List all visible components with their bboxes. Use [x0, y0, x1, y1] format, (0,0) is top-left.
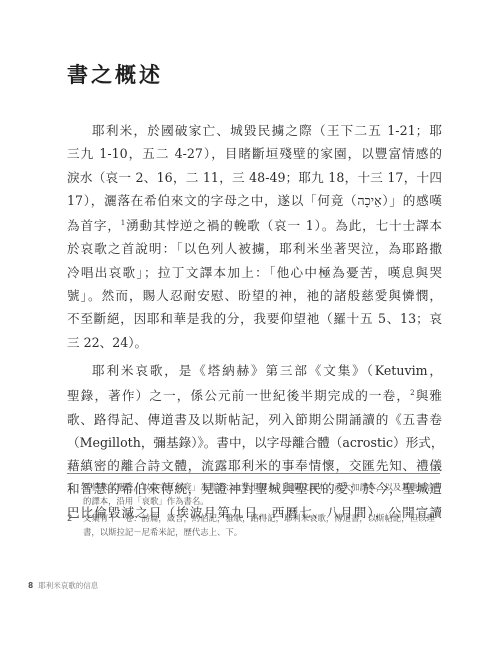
- text-line: 聖錄，著作）之一，係公元前一世紀後半期完成的一卷，2與雅: [67, 382, 442, 407]
- text-line: 耶利米哀歌，是《塔納赫》第三部《文集》（Ketuvim，: [67, 359, 442, 382]
- footnote-number: 2: [67, 511, 83, 539]
- text-line: 於哀歌之首說明：「以色列人被擄，耶利米坐著哭泣，為耶路撒: [67, 237, 442, 260]
- text-line: 17），灑落在希伯來文的字母之中，遂以「何竟（אֵיכָה）」的感嘆: [67, 189, 442, 212]
- footnotes: 1 希伯來文聖經，以首字「何竟」為書名；七十士譯本、亞蘭文譯本、武大加譯本，以及…: [67, 480, 442, 542]
- footnote-number: 1: [67, 480, 83, 508]
- footnote-1: 1 希伯來文聖經，以首字「何竟」為書名；七十士譯本、亞蘭文譯本、武大加譯本，以及…: [67, 480, 442, 508]
- page-number: 8: [28, 581, 33, 590]
- text-line: 耶利米，於國破家亡、城毀民擄之際（王下二五 1-21；耶: [67, 119, 442, 142]
- body-text: 耶利米，於國破家亡、城毀民擄之際（王下二五 1-21；耶 三九 1-10，五二 …: [67, 119, 442, 524]
- section-title: 書之概述: [67, 59, 163, 89]
- text-line: 淚水（哀一 2、16，二 11，三 48-49；耶九 18，十三 17，十四: [67, 166, 442, 189]
- text-line: 冷唱出哀歌」；拉丁文譯本加上：「他心中極為憂苦，嘆息與哭: [67, 261, 442, 284]
- text-line: 三九 1-10，五二 4-27），目睹斷垣殘壁的家園，以豐富情感的: [67, 142, 442, 165]
- paragraph-1: 耶利米，於國破家亡、城毀民擄之際（王下二五 1-21；耶 三九 1-10，五二 …: [67, 119, 442, 354]
- footnote-2: 2 文集有十一卷：詩篇，箴言，約伯記，雅歌，路得記，耶利米哀歌，傳道書，以斯帖記…: [67, 511, 442, 539]
- footnote-marker: 2: [410, 389, 414, 397]
- footnote-text: 希伯來文聖經，以首字「何竟」為書名；七十士譯本、亞蘭文譯本、武大加譯本，以及其他…: [83, 480, 442, 508]
- footnote-marker: 1: [121, 219, 125, 227]
- footnote-divider: [67, 473, 440, 474]
- text-line: 歌、路得記、傳道書及以斯帖記，列入節期公開誦讀的《五書卷: [67, 408, 442, 431]
- text-line: 不至斷絕，因耶和華是我的分，我要仰望祂（羅十五 5、13；哀: [67, 307, 442, 330]
- text-line: 為首字，1湧動其悖逆之禍的輓歌（哀一 1）。為此，七十士譯本: [67, 212, 442, 237]
- text-line: （Megilloth，彌基錄）》。書中，以字母離合體（acrostic）形式，: [67, 431, 442, 454]
- text-line: 三 22、24）。: [67, 331, 442, 354]
- running-title: 耶利米哀歌的信息: [38, 581, 98, 590]
- footnote-text: 文集有十一卷：詩篇，箴言，約伯記，雅歌，路得記，耶利米哀歌，傳道書，以斯帖記，但…: [83, 511, 442, 539]
- text-line: 號」。然而，賜人忍耐安慰、盼望的神，祂的諸般慈愛與憐憫，: [67, 284, 442, 307]
- page-footer: 8耶利米哀歌的信息: [28, 580, 98, 591]
